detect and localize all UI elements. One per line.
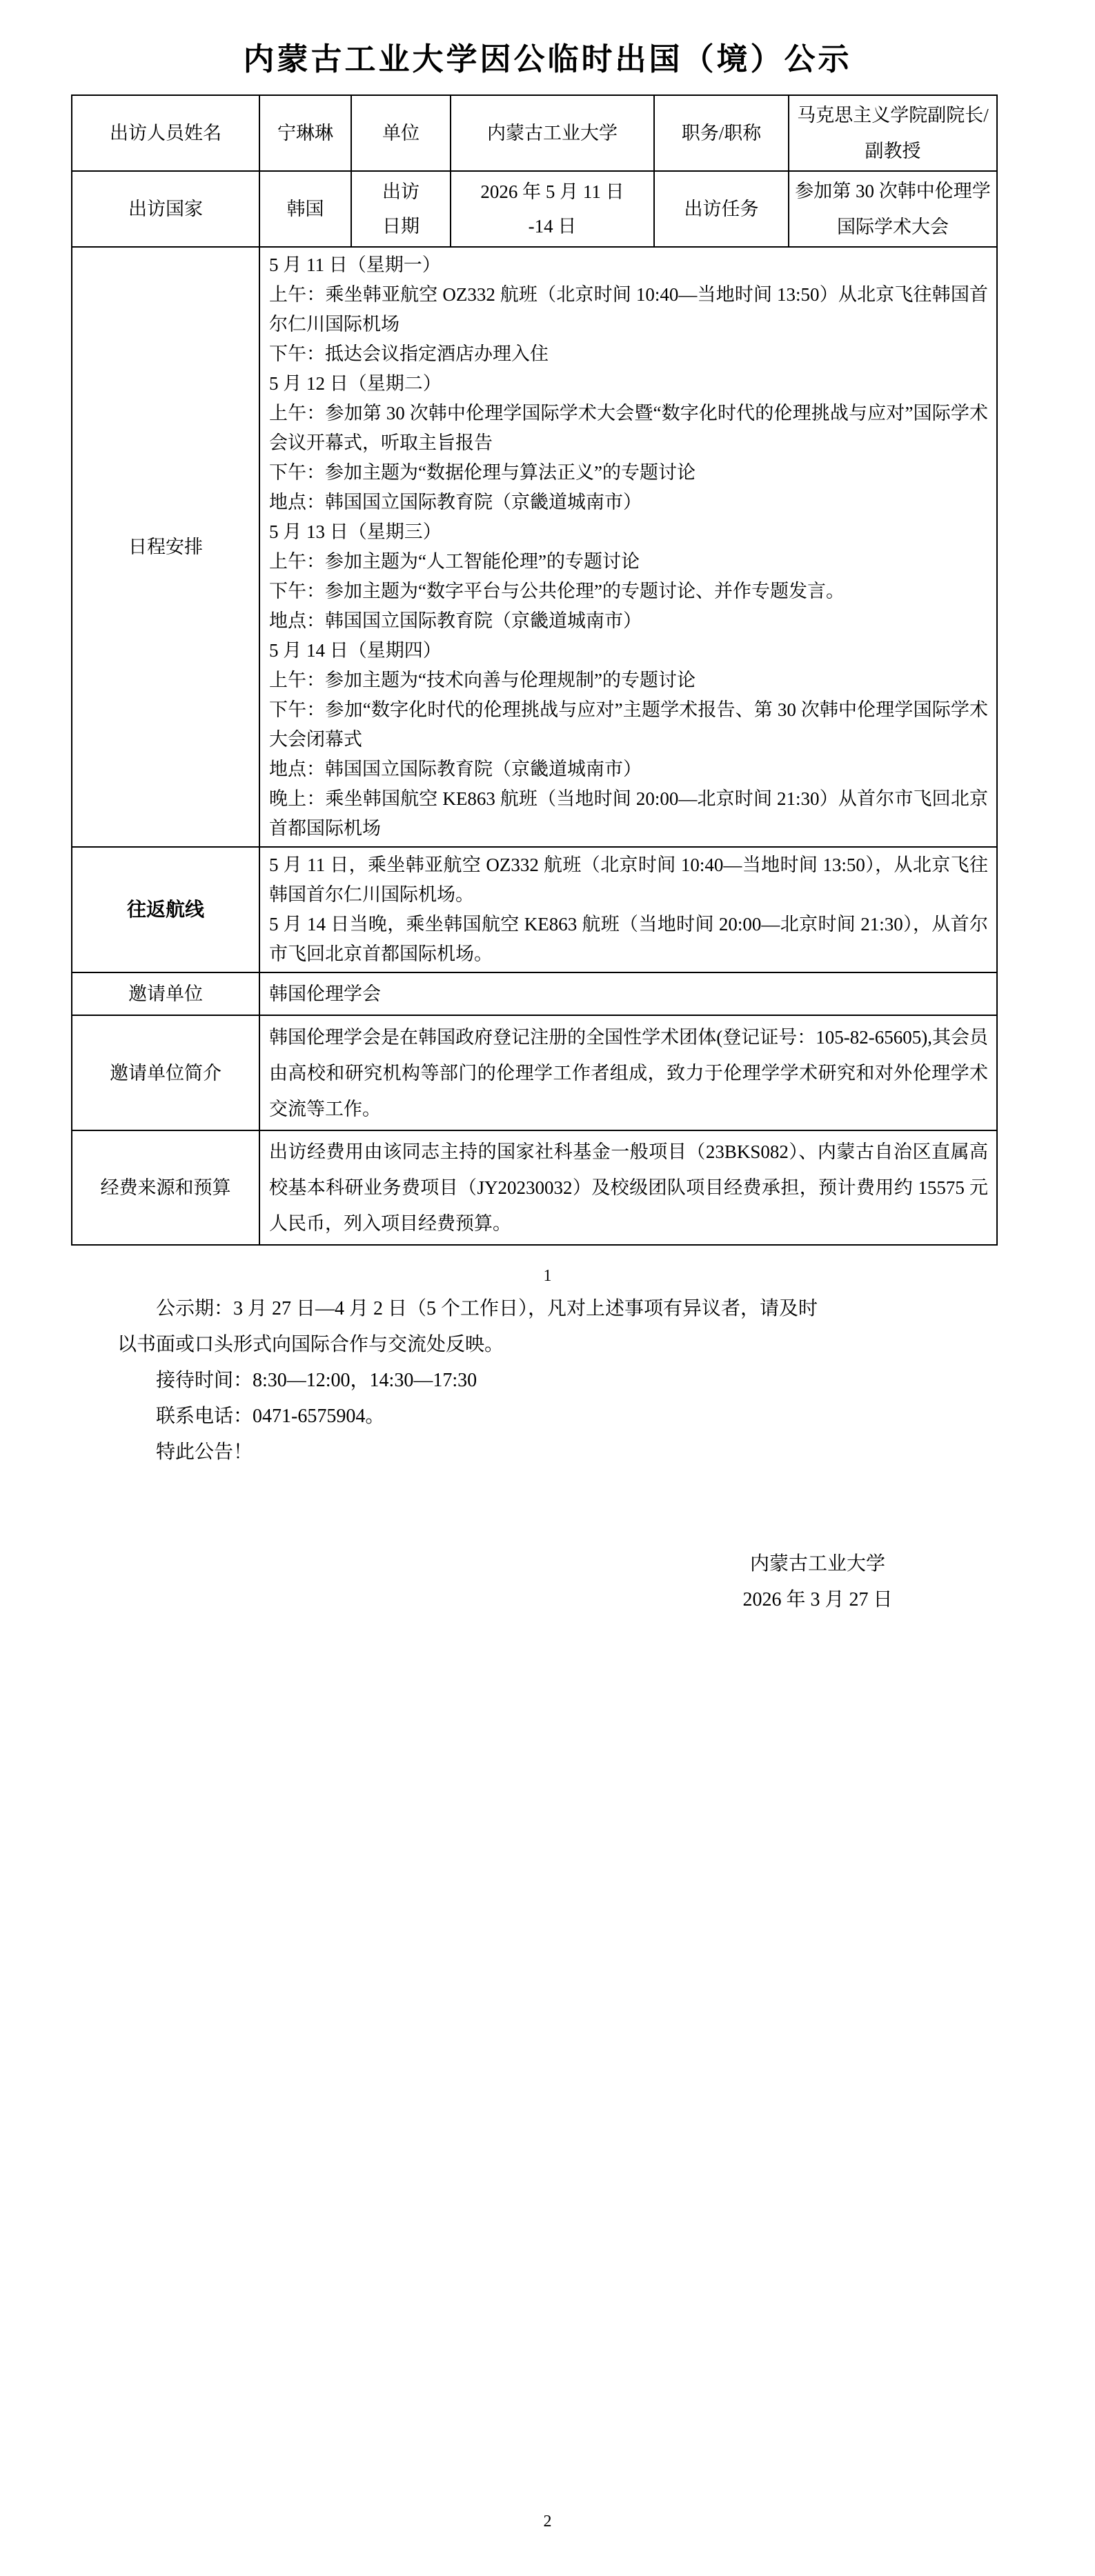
schedule-line: 5 月 13 日（星期三） [269, 517, 988, 547]
label-inviter-intro: 邀请单位简介 [72, 1015, 259, 1130]
schedule-line: 5 月 12 日（星期二） [269, 369, 988, 399]
signature-university: 内蒙古工业大学 [697, 1546, 938, 1582]
schedule-line: 5 月 11 日（星期一） [269, 250, 988, 280]
value-personnel-name: 宁琳琳 [259, 95, 351, 171]
schedule-line: 地点：韩国国立国际教育院（京畿道城南市） [269, 606, 988, 636]
travel-info-table: 出访人员姓名 宁琳琳 单位 内蒙古工业大学 职务/职称 马克思主义学院副院长/副… [71, 94, 998, 1246]
label-route: 往返航线 [72, 847, 259, 972]
schedule-line: 下午：参加主题为“数据伦理与算法正义”的专题讨论 [269, 458, 988, 488]
schedule-line: 上午：乘坐韩亚航空 OZ332 航班（北京时间 10:40—当地时间 13:50… [269, 280, 988, 339]
route-line: 5 月 14 日当晚，乘坐韩国航空 KE863 航班（当地时间 20:00—北京… [269, 910, 988, 969]
schedule-line: 地点：韩国国立国际教育院（京畿道城南市） [269, 755, 988, 784]
notice-line: 联系电话：0471-6575904。 [117, 1399, 980, 1435]
route-line: 5 月 11 日，乘坐韩亚航空 OZ332 航班（北京时间 10:40—当地时间… [269, 850, 988, 910]
value-position: 马克思主义学院副院长/副教授 [789, 95, 997, 171]
value-date-line1: 2026 年 5 月 11 日 [457, 174, 648, 209]
notice-line: 特此公告！ [117, 1435, 980, 1470]
signature-block: 内蒙古工业大学 2026 年 3 月 27 日 [697, 1546, 938, 1618]
schedule-line: 上午：参加主题为“人工智能伦理”的专题讨论 [269, 547, 988, 577]
signature-date: 2026 年 3 月 27 日 [697, 1582, 938, 1618]
notice-line: 接待时间：8:30—12:00，14:30—17:30 [117, 1363, 980, 1399]
label-country: 出访国家 [72, 171, 259, 247]
notice-line: 公示期：3 月 27 日—4 月 2 日（5 个工作日），凡对上述事项有异议者，… [117, 1291, 980, 1327]
label-position: 职务/职称 [654, 95, 789, 171]
label-unit: 单位 [351, 95, 451, 171]
table-row-trip: 出访国家 韩国 出访日期 2026 年 5 月 11 日 -14 日 出访任务 … [72, 171, 997, 247]
notice-block: 公示期：3 月 27 日—4 月 2 日（5 个工作日），凡对上述事项有异议者，… [117, 1291, 980, 1470]
value-date-line2: -14 日 [457, 209, 648, 243]
label-task: 出访任务 [654, 171, 789, 247]
schedule-line: 5 月 14 日（星期四） [269, 636, 988, 666]
document-title: 内蒙古工业大学因公临时出国（境）公示 [0, 40, 1095, 79]
table-row-personnel: 出访人员姓名 宁琳琳 单位 内蒙古工业大学 职务/职称 马克思主义学院副院长/副… [72, 95, 997, 171]
value-budget: 出访经费用由该同志主持的国家社科基金一般项目（23BKS082）、内蒙古自治区直… [259, 1130, 997, 1245]
label-personnel-name: 出访人员姓名 [72, 95, 259, 171]
value-unit: 内蒙古工业大学 [451, 95, 654, 171]
schedule-line: 晚上：乘坐韩国航空 KE863 航班（当地时间 20:00—北京时间 21:30… [269, 784, 988, 843]
schedule-line: 上午：参加第 30 次韩中伦理学国际学术大会暨“数字化时代的伦理挑战与应对”国际… [269, 399, 988, 458]
table-row-inviter: 邀请单位 韩国伦理学会 [72, 972, 997, 1015]
schedule-line: 下午：抵达会议指定酒店办理入住 [269, 339, 988, 369]
label-date-text: 出访日期 [381, 174, 421, 243]
schedule-line: 下午：参加主题为“数字平台与公共伦理”的专题讨论、并作专题发言。 [269, 577, 988, 606]
label-inviter: 邀请单位 [72, 972, 259, 1015]
value-task: 参加第 30 次韩中伦理学国际学术大会 [789, 171, 997, 247]
page-number-2: 2 [0, 2512, 1095, 2531]
value-country: 韩国 [259, 171, 351, 247]
document-page: 内蒙古工业大学因公临时出国（境）公示 出访人员姓名 宁琳琳 单位 内蒙古工业大学… [0, 0, 1095, 2576]
schedule-line: 地点：韩国国立国际教育院（京畿道城南市） [269, 488, 988, 517]
notice-line: 以书面或口头形式向国际合作与交流处反映。 [117, 1327, 980, 1363]
value-schedule: 5 月 11 日（星期一）上午：乘坐韩亚航空 OZ332 航班（北京时间 10:… [259, 247, 997, 847]
schedule-line: 上午：参加主题为“技术向善与伦理规制”的专题讨论 [269, 666, 988, 695]
value-inviter: 韩国伦理学会 [259, 972, 997, 1015]
value-route: 5 月 11 日，乘坐韩亚航空 OZ332 航班（北京时间 10:40—当地时间… [259, 847, 997, 972]
schedule-line: 下午：参加“数字化时代的伦理挑战与应对”主题学术报告、第 30 次韩中伦理学国际… [269, 695, 988, 755]
table-row-route: 往返航线 5 月 11 日，乘坐韩亚航空 OZ332 航班（北京时间 10:40… [72, 847, 997, 972]
table-row-inviter-intro: 邀请单位简介 韩国伦理学会是在韩国政府登记注册的全国性学术团体(登记证号：105… [72, 1015, 997, 1130]
label-date: 出访日期 [351, 171, 451, 247]
table-row-budget: 经费来源和预算 出访经费用由该同志主持的国家社科基金一般项目（23BKS082）… [72, 1130, 997, 1245]
value-inviter-intro: 韩国伦理学会是在韩国政府登记注册的全国性学术团体(登记证号：105-82-656… [259, 1015, 997, 1130]
page-number-1: 1 [0, 1266, 1095, 1286]
value-date: 2026 年 5 月 11 日 -14 日 [451, 171, 654, 247]
label-schedule: 日程安排 [72, 247, 259, 847]
table-row-schedule: 日程安排 5 月 11 日（星期一）上午：乘坐韩亚航空 OZ332 航班（北京时… [72, 247, 997, 847]
label-budget: 经费来源和预算 [72, 1130, 259, 1245]
